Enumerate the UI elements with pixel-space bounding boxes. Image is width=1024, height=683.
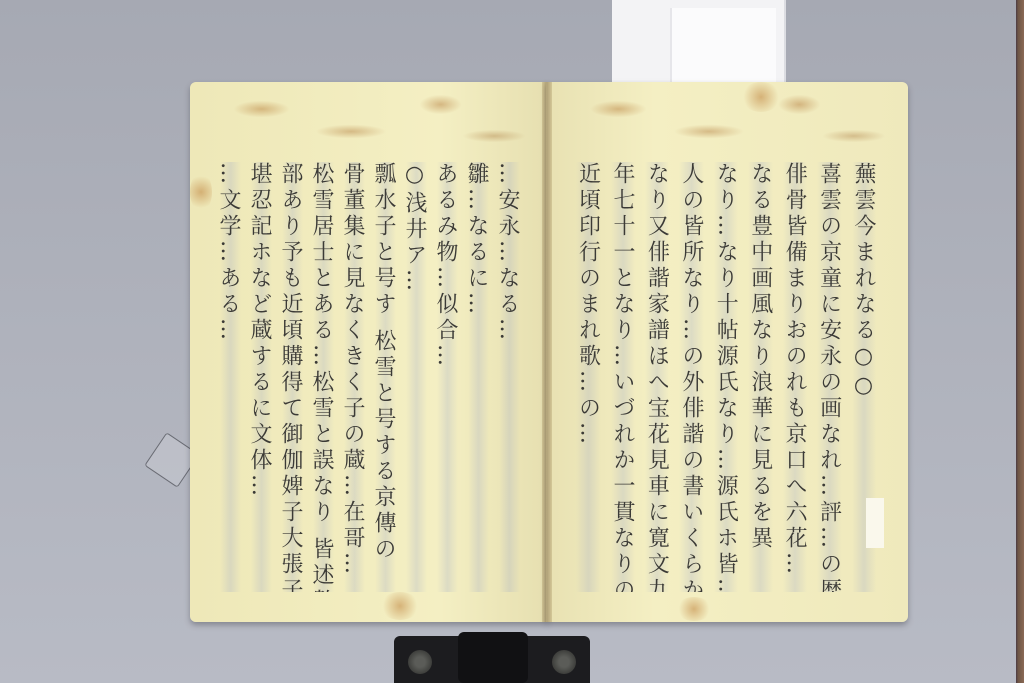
text-column: 雛…なるに… [468,162,489,592]
hex-bolt-icon [408,650,432,674]
text-column: ○浅井ア… [406,162,427,592]
left-page-text: …安永…なる… 雛…なるに… あるみ物…似合… ○浅井ア… 瓢水子と号す 松雪と… [220,162,520,592]
water-stain [380,592,420,620]
paper-slip [866,498,884,548]
water-stain [741,82,781,112]
text-column: 骨董集に見なくきく子の蔵…在哥… [344,162,365,592]
text-column: あるみ物…似合… [437,162,458,592]
hex-bolt-icon [552,650,576,674]
text-column: なり…なり十帖源氏なり…源氏ホ皆… [714,162,738,592]
text-column: 堪忍記ホなど蔵するに文体… [251,162,272,592]
text-column: …安永…なる… [499,162,520,592]
text-column: 喜雲の京童に安永の画なれ…評…の歴 [817,162,841,592]
text-column: 人の皆所なり…の外俳諧の書いくらか [679,162,703,592]
insect-damage-top-left [190,82,548,172]
wooden-table-edge [1016,0,1024,683]
clamp-center-block [458,632,528,683]
water-stain [190,172,212,212]
water-stain [676,597,712,621]
right-page: 蕪雲今まれなる○○ 喜雲の京童に安永の画なれ…評…の歴 俳骨皆備まりおのれも京口… [546,82,908,622]
text-column: 瓢水子と号す 松雪と号する京傳の [375,162,396,592]
text-column: …文学…ある… [220,162,241,592]
text-column: なり又俳諧家譜ほへ宝花見車に寛文九年九月晦日と [645,162,669,592]
left-page: …安永…なる… 雛…なるに… あるみ物…似合… ○浅井ア… 瓢水子と号す 松雪と… [190,82,548,622]
text-column: 俳骨皆備まりおのれも京口へ六花… [783,162,807,592]
insect-damage-top-right [546,82,908,172]
right-page-text: 蕪雲今まれなる○○ 喜雲の京童に安永の画なれ…評…の歴 俳骨皆備まりおのれも京口… [576,162,876,592]
book-gutter [542,82,552,622]
text-column: なる豊中画風なり浪華に見るを異 [748,162,772,592]
book-clamp [394,636,590,683]
text-column: 松雪居士とある…松雪と誤なり 皆述數 [313,162,334,592]
text-column: 年七十一となり…いづれか一貫なりの… [611,162,635,592]
open-manuscript-book: …安永…なる… 雛…なるに… あるみ物…似合… ○浅井ア… 瓢水子と号す 松雪と… [190,82,908,622]
text-column: 部あり予も近頃購得て御伽婢子大張子 [282,162,303,592]
white-card-inner [670,8,776,82]
text-column: 近頃印行のまれ歌…の… [576,162,600,592]
